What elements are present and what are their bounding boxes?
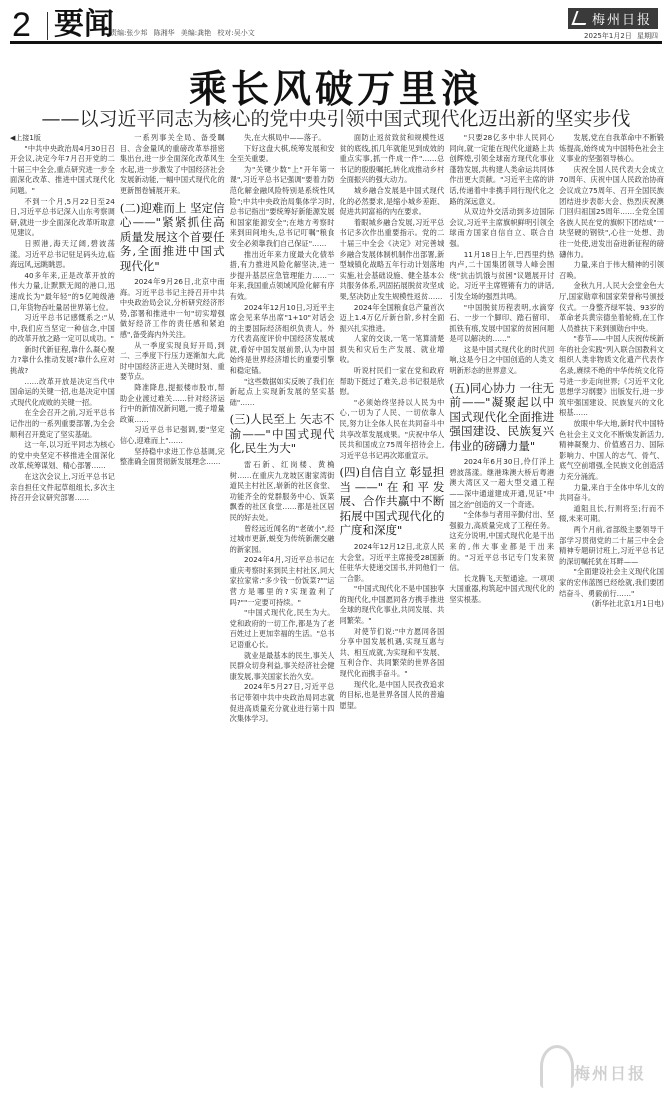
paragraph: 推出近年来力度最大化债举措,有力推进风险化解坚决,进一步提升基层应急管理能力………: [230, 250, 335, 303]
paragraph: 城乡融合发展是中国式现代化的必然要求,是缩小城乡差距、促进共同富裕的内在要求。: [340, 186, 445, 218]
paragraph: 2024年5月27日,习近平总书记带领中共中央政治局同志就促进高质量充分就业进行…: [230, 682, 335, 724]
paragraph: 一系列事关全局、备受瞩目、含金量风的重磅改革举措密集出台,进一步全面深化改革风生…: [120, 133, 225, 197]
paragraph: 人家的交谈,一笔一笔算清楚损失和灾后生产发展、就业增收。: [340, 334, 445, 366]
paragraph: 降准降息,提振楼市股市,帮助企业渡过难关……针对经济运行中的新情况新问题,一揽子…: [120, 383, 225, 425]
paragraph: "必须始终坚持以人民为中心,一切为了人民、一切依靠人民,努力让全体人民在共同奋斗…: [340, 398, 445, 462]
paragraph: 习近平总书记感慨系之:"从中,我们应当坚定一种信念,中国的改革开放之路一定可以成…: [10, 313, 115, 345]
paragraph: 下好这盘大棋,统筹发展和安全至关重要。: [230, 144, 335, 165]
paragraph: 为"关键少数"上"开年第一课",习近平总书记强调"要着力防范化解金融风险特别是系…: [230, 165, 335, 250]
paragraph: 就业是最基本的民生,事关人民群众切身利益,事关经济社会健康发展,事关国家长治久安…: [230, 651, 335, 683]
article-column-1: ◀上接1版"中共中央政治局4月30日召开会议,决定今年7月召开党的二十届三中全会…: [10, 133, 115, 1073]
paragraph: "只要28亿多中非人民同心同向,就一定能在现代化道路上共创辉煌,引领全球南方现代…: [449, 133, 554, 207]
paragraph: "中国脱贫历程表明,水滴穿石、一步一个脚印、踏石留印、抓铁有痕,发展中国家的贫困…: [449, 303, 554, 345]
paragraph: "全体参与者用辛勤付出、坚强毅力,高质量完成了工程任务。这充分说明,中国式现代化…: [449, 510, 554, 574]
paragraph: "中国式现代化,民生为大。党和政府的一切工作,都是为了老百姓过上更加幸福的生活。…: [230, 608, 335, 650]
watermark-text: 梅州日报: [574, 1061, 646, 1084]
paragraph: 2024年12月12日,北京人民大会堂。习近平主席接受28国新任驻华大使递交国书…: [340, 542, 445, 584]
paragraph: 曾经远近闻名的"老破小",经过城市更新,蜕变为传统新潮交融的新家园。: [230, 524, 335, 556]
article-column-3: 失,在大棋局中——落子。下好这盘大棋,统筹发展和安全至关重要。为"关键少数"上"…: [230, 133, 335, 1073]
section-heading: (五)同心协力 一往无前——"凝聚起以中国式现代化全面推进强国建设、民族复兴伟业…: [449, 381, 554, 454]
newspaper-emblem-icon: [571, 11, 590, 25]
paragraph: 放眼中华大地,新时代中国特色社会主义文化不断焕发新活力,精神凝聚力、价值感召力、…: [559, 419, 664, 483]
newspaper-logo: 梅州日报: [568, 8, 658, 29]
paragraph: 2024年9月26日,北京中南海。习近平总书记主持召开中共中央政治局会议,分析研…: [120, 277, 225, 341]
section-heading: (三)人民至上 矢志不渝——"中国式现代化,民生为大": [230, 412, 335, 456]
paragraph: ……改革开放是决定当代中国命运的关键一招,也是决定中国式现代化成败的关键一招。: [10, 377, 115, 409]
paragraph: 2024年全国粮食总产量首次迈上1.4万亿斤新台阶,乡村全面振兴扎实推进。: [340, 303, 445, 335]
article-column-6: 发展,党在自我革命中不断锻炼提高,始终成为中国特色社会主义事业的坚强领导核心。庆…: [559, 133, 664, 1073]
paragraph: "这些数据如实反映了我们在新起点上实现新发展的坚实基础"……: [230, 377, 335, 409]
issue-date: 2025年1月2日 星期四: [584, 31, 658, 41]
newspaper-name: 梅州日报: [592, 13, 652, 28]
paragraph: 发展,党在自我革命中不断锻炼提高,始终成为中国特色社会主义事业的坚强领导核心。: [559, 133, 664, 165]
article-column-2: 一系列事关全局、备受瞩目、含金量风的重磅改革举措密集出台,进一步全面深化改革风生…: [120, 133, 225, 1073]
paragraph: 道阻且长,行则将至;行而不辍,未来可期。: [559, 504, 664, 525]
paragraph: 11月18日上午,巴西里约热内卢,二十国集团领导人峰会围绕"抗击饥饿与贫困"议题…: [449, 250, 554, 303]
paragraph: 从一季度实现良好开局,到二、三季度下行压力逐渐加大,此时中国经济正进入关键时刻、…: [120, 341, 225, 383]
paragraph: 2024年12月10日,习近平主席会见来华出席"1+10"对话会的主要国际经济组…: [230, 303, 335, 377]
dateline-signature: (新华社北京1月1日电): [559, 599, 664, 610]
page-number: 2: [12, 8, 31, 42]
paragraph: 现代化,是中国人民孜孜追求的目标,也是世界各国人民的普遍愿望。: [340, 680, 445, 712]
section-name: 要闻: [54, 9, 114, 41]
paragraph: "中共中央政治局4月30日召开会议,决定今年7月召开党的二十届三中全会,重点研究…: [10, 144, 115, 197]
watermark-flame-icon: [540, 1045, 574, 1088]
paragraph: 坚持稳中求进工作总基调,完整准确全面贯彻新发展理念……: [120, 447, 225, 468]
paragraph: 对使节们说:"中方愿同各国分享中国发展机遇,实现互惠与共、相互成就,为实现和平发…: [340, 627, 445, 680]
paragraph: 着眼城乡融合发展,习近平总书记多次作出重要指示。党的二十届三中全会《决定》对完善…: [340, 218, 445, 303]
paragraph: 在这次会议上,习近平总书记亲自担任文件起草组组长,多次主持召开会议研究部署……: [10, 472, 115, 504]
paragraph: 日照港,海天辽阔,碧波荡漾。习近平总书记驻足码头边,临海远风,远眺眺思。: [10, 239, 115, 271]
paragraph: 新时代新征程,靠什么凝心聚力?靠什么推动发展?靠什么应对挑战?: [10, 345, 115, 377]
editor-credits: 责编:张少邦 陈湘华 美编:龚艳 校对:吴小文: [110, 28, 255, 38]
paragraph: 两个月前,省部级主要领导干部学习贯彻党的二十届三中全会精神专题研讨班上,习近平总…: [559, 525, 664, 567]
paragraph: 失,在大棋局中——落子。: [230, 133, 335, 144]
article-column-4: 面防止返贫致贫和规模性返贫的底线,抓几年就能见到成效的重点实事,抓一件成一件"……: [340, 133, 445, 1073]
paragraph: 2024年4月,习近平总书记在重庆考察时来到民主村社区,同大家拉家常:"多少钱一…: [230, 555, 335, 608]
masthead-divider: [47, 12, 48, 40]
paragraph: 这一年,以习近平同志为核心的党中央坚定不移推进全面深化改革,统筹谋划、精心部署……: [10, 440, 115, 472]
section-heading: (二)迎难而上 坚定信心——"紧紧抓住高质量发展这个首要任务,全面推进中国式现代…: [120, 201, 225, 274]
paragraph: 不到一个月,5月22日至24日,习近平总书记深入山东考察调研,就进一步全面深化改…: [10, 197, 115, 239]
subheadline: ——以习近平同志为核心的党中央引领中国式现代化迈出新的坚实步伐: [0, 104, 672, 131]
paragraph: "春节——中国人庆祝传统新年的社会实践"列入联合国教科文组织人类非物质文化遗产代…: [559, 334, 664, 419]
paragraph: 这是中国式现代化的时代回响,这是今日之中国创造的人类文明新形态的世界意义。: [449, 345, 554, 377]
paragraph: 2024年6月30日,伶仃洋上碧波荡漾。继港珠澳大桥后粤港澳大湾区又一超大型交通…: [449, 457, 554, 510]
paragraph: 庆祝全国人民代表大会成立70周年、庆祝中国人民政治协商会议成立75周年、召开全国…: [559, 165, 664, 260]
article-body: ◀上接1版"中共中央政治局4月30日召开会议,决定今年7月召开党的二十届三中全会…: [10, 133, 664, 1073]
paragraph: 力量,来自于伟大精神的引领召唤。: [559, 260, 664, 281]
paragraph: 听说村民们一家在党和政府帮助下挺过了难关,总书记很是欣慰。: [340, 366, 445, 398]
masthead-rule: [10, 41, 662, 44]
paragraph: 习近平总书记强调,要"坚定信心,迎难而上"……: [120, 425, 225, 446]
paragraph: 从双边外交活动到多边国际会议,习近平主席旗帜鲜明引领全球南方国家自信自立、联合自…: [449, 207, 554, 249]
paragraph: 雷石新、红岗楼、黄桷树……在重庆九龙坡区谢家湾街道民主村社区,崭新的社区食堂、功…: [230, 460, 335, 524]
paragraph: 在全会召开之前,习近平总书记作出的一系列重要部署,为全会顺利召开奠定了坚实基础。: [10, 408, 115, 440]
watermark: 梅州日报: [540, 1045, 660, 1093]
paragraph: 金秋九月,人民大会堂金色大厅,国家勋章和国家荣誉称号颁授仪式。一身整齐绿军装、9…: [559, 281, 664, 334]
paragraph: 面防止返贫致贫和规模性返贫的底线,抓几年就能见到成效的重点实事,抓一件成一件"……: [340, 133, 445, 186]
continued-from-label: ◀上接1版: [10, 133, 115, 144]
paragraph: "中国式现代化不是中国独享的现代化,中国愿同各方携手推进全球的现代化事业,共同发…: [340, 584, 445, 626]
section-heading: (四)自信自立 彰显担当——"在和平发展、合作共赢中不断拓展中国式现代化的广度和…: [340, 465, 445, 538]
paragraph: "全面建设社会主义现代化国家的宏伟蓝图已经绘就,我们要团结奋斗、勇毅前行……": [559, 567, 664, 599]
paragraph: 40多年来,正是改革开放的伟大力量,让默默无闻的港口,迅速成长为"最年轻"的5亿…: [10, 271, 115, 313]
masthead: 2 要闻 责编:张少邦 陈湘华 美编:龚艳 校对:吴小文 梅州日报 2025年1…: [10, 6, 662, 42]
article-column-5: "只要28亿多中非人民同心同向,就一定能在现代化道路上共创辉煌,引领全球南方现代…: [449, 133, 554, 1073]
paragraph: 力量,来自于全体中华儿女的共同奋斗。: [559, 483, 664, 504]
paragraph: 长龙腾飞,天堑通途。一项项大国重器,构筑起中国式现代化的坚实根基。: [449, 574, 554, 606]
